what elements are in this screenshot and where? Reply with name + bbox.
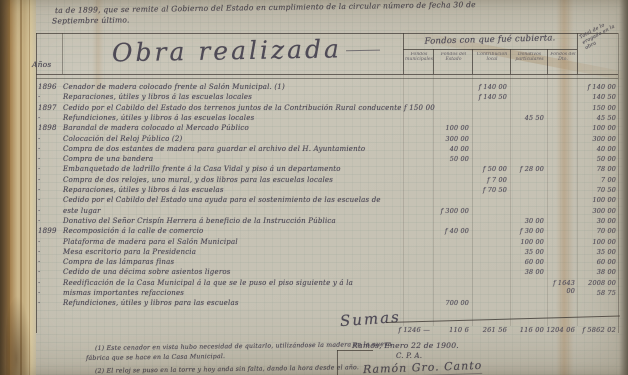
amount-cell: f 40 00	[430, 227, 469, 235]
amount-cell: 58 75	[577, 289, 616, 297]
amount-cell: 78 00	[577, 165, 616, 173]
totals-row: f 1246 —110 6261 56116 001204 06f 5862 0…	[0, 326, 628, 336]
year-label: ·	[38, 207, 60, 215]
amount-cell: 70 50	[577, 186, 616, 194]
amount-cell: 30 00	[577, 217, 616, 225]
ledger-row: ·Reparaciones, útiles y libros á las esc…	[0, 93, 628, 103]
place-date: Ramos, Enero 22 de 1900.	[352, 341, 459, 350]
amount-cell: 100 00	[577, 196, 616, 204]
subcolumn-header: Fondos del Dto.	[548, 52, 578, 75]
entry-description: Cedido por el Cabildo del Estado una ayu…	[63, 196, 381, 204]
amount-cell: 38 00	[507, 268, 544, 276]
ledger-row: ·Refundiciones, útiles y libros á las es…	[0, 114, 628, 124]
entry-description: Refundiciones, útiles y libros para las …	[63, 299, 239, 307]
signature: Ramón Gro. Canto	[363, 359, 483, 375]
amount-cell: 50 00	[577, 155, 616, 163]
ledger-row: ·Compra de las lámparas finas60 0060 00	[0, 258, 628, 268]
amount-cell: 100 00	[507, 238, 544, 246]
amount-cell: 40 00	[430, 145, 469, 153]
amount-cell: f 30 00	[507, 227, 544, 235]
entry-description: Cedido de una décima sobre asientos lige…	[63, 268, 231, 276]
year-label: ·	[38, 93, 60, 101]
amount-cell: 70 00	[577, 227, 616, 235]
amount-cell: f 140 50	[469, 93, 507, 101]
total-amount-cell: f 5862 02	[577, 326, 616, 334]
entry-description: Mesa escritorio para la Presidencia	[63, 248, 196, 256]
entry-description: este lugar	[63, 207, 101, 215]
year-label: 1898	[38, 124, 60, 132]
entry-description: Reparaciones, útiles y libros á las escu…	[63, 93, 252, 101]
amount-cell: 100 00	[577, 124, 616, 132]
entry-description: Cedido por el Cabildo del Estado dos ter…	[63, 104, 435, 112]
entry-description: Compra de una bandera	[63, 155, 153, 163]
amount-cell: 35 00	[507, 248, 544, 256]
ledger-row: ·mismas importantes refacciones58 75	[0, 289, 628, 299]
top-note-line2: Septiembre último.	[52, 15, 130, 25]
year-label: ·	[38, 248, 60, 256]
year-label: ·	[38, 165, 60, 173]
footnote-1-cont: fábrica que se hace en la Casa Municipal…	[86, 353, 225, 362]
amount-cell: f 50 00	[469, 165, 507, 173]
amount-cell: 700 00	[430, 299, 469, 307]
ledger-row: ·Refundiciones, útiles y libros para las…	[0, 299, 628, 309]
year-label: 1899	[38, 227, 60, 235]
year-label: ·	[38, 155, 60, 163]
year-label: ·	[38, 289, 60, 297]
year-label: ·	[38, 114, 60, 122]
entry-description: Compra de dos estantes de madera para gu…	[63, 145, 365, 153]
year-label: ·	[38, 238, 60, 246]
amount-cell: 35 00	[577, 248, 616, 256]
entry-description: Compra de las lámparas finas	[63, 258, 174, 266]
subcolumn-header: Fondos del Estado	[434, 52, 473, 75]
entry-description: Compra de dos relojes, uno mural, y dos …	[63, 176, 333, 184]
fondos-subheader-rule	[403, 49, 577, 50]
subcolumn-header: Donativos particulares	[511, 52, 548, 75]
next-section-rule	[337, 350, 373, 351]
year-label: ·	[38, 176, 60, 184]
year-label: 1897	[38, 104, 60, 112]
entry-description: Reedificación de la Casa Municipal á la …	[63, 279, 353, 287]
year-label: ·	[38, 279, 60, 287]
amount-cell: f 300 00	[430, 207, 469, 215]
amount-cell: f 7 00	[469, 176, 507, 184]
year-label: ·	[38, 196, 60, 204]
subcolumn-header: Contribución local	[473, 52, 511, 75]
amount-cell: 60 00	[577, 258, 616, 266]
entry-description: Donativo del Señor Crispín Herrera á ben…	[63, 217, 336, 225]
ledger-row: ·este lugarf 300 00300 00	[0, 207, 628, 217]
ledger-row: ·Cedido de una décima sobre asientos lig…	[0, 268, 628, 278]
footnote-2: (2) El reloj se puso en la torre y hoy a…	[95, 364, 359, 375]
entry-description: Colocación del Reloj Público (2)	[63, 135, 182, 143]
amount-cell: 140 50	[577, 93, 616, 101]
title-flourish	[346, 50, 380, 52]
ledger-page-photo: ta de 1899, que se remite al Gobierno de…	[0, 0, 628, 375]
amount-cell: 45 50	[577, 114, 616, 122]
header-bottom-rule-2	[36, 78, 618, 79]
year-label: ·	[38, 135, 60, 143]
top-note-line1: ta de 1899, que se remite al Gobierno de…	[55, 0, 476, 15]
year-label: ·	[38, 258, 60, 266]
amount-cell: 2008 00	[577, 279, 616, 287]
year-label: ·	[38, 299, 60, 307]
total-amount-cell: 1204 06	[544, 326, 575, 334]
ledger-row: 1897Cedido por el Cabildo del Estado dos…	[0, 104, 628, 114]
entry-description: Embanquetado de ladrillo frente á la Cas…	[63, 165, 341, 173]
entry-description: Plataforma de madera para el Salón Munic…	[63, 238, 238, 246]
ledger-row: ·Embanquetado de ladrillo frente á la Ca…	[0, 165, 628, 175]
ledger-row: ·Cedido por el Cabildo del Estado una ay…	[0, 196, 628, 206]
entry-description: Refundiciones, útiles y libros á las esc…	[63, 114, 254, 122]
subcolumn-header: Fondos municipales	[404, 52, 434, 75]
total-amount-cell: f 1246 —	[396, 326, 430, 334]
year-label: ·	[38, 186, 60, 194]
total-amount-cell: 110 6	[430, 326, 469, 334]
entry-description: Reparaciones, útiles y libros á las escu…	[63, 186, 224, 194]
entry-description: Barandal de madera colocado al Mercado P…	[63, 124, 249, 132]
ledger-row: 1899Recomposición á la calle de comercio…	[0, 227, 628, 237]
amount-cell: 60 00	[507, 258, 544, 266]
amount-cell: 150 00	[577, 104, 616, 112]
amount-cell: f 70 50	[469, 186, 507, 194]
amount-cell: 50 00	[430, 155, 469, 163]
anos-column-label: Años	[32, 60, 51, 69]
amount-cell: 7 00	[577, 176, 616, 184]
ledger-row: ·Reedificación de la Casa Municipal á la…	[0, 279, 628, 289]
year-label: 1896	[38, 83, 60, 91]
ledger-row: 1896Cenador de madera colocado frente al…	[0, 83, 628, 93]
clerk-initials: C. P. A.	[396, 352, 422, 360]
amount-cell: 100 00	[577, 238, 616, 246]
total-amount-cell: 116 00	[507, 326, 544, 334]
ledger-row: ·Compra de una bandera50 0050 00	[0, 155, 628, 165]
entry-description: mismas importantes refacciones	[63, 289, 184, 297]
ledger-row: ·Mesa escritorio para la Presidencia35 0…	[0, 248, 628, 258]
amount-cell: 30 00	[507, 217, 544, 225]
anos-column-rule	[62, 33, 63, 74]
amount-cell: f 28 00	[507, 165, 544, 173]
ledger-row: ·Colocación del Reloj Público (2)300 003…	[0, 135, 628, 145]
totals-rule	[386, 315, 620, 323]
year-label: ·	[38, 217, 60, 225]
ledger-row: 1898Barandal de madera colocado al Merca…	[0, 124, 628, 134]
amount-cell: f 140 00	[577, 83, 616, 91]
entry-description: Cenador de madera colocado frente al Sal…	[63, 83, 285, 91]
year-label: ·	[38, 268, 60, 276]
table-title: Obra realizada	[112, 34, 380, 68]
next-section-rule	[337, 350, 338, 375]
ledger-row: ·Plataforma de madera para el Salón Muni…	[0, 238, 628, 248]
amount-cell: 300 00	[577, 207, 616, 215]
amount-cell: 300 00	[430, 135, 469, 143]
ledger-row: ·Compra de dos relojes, uno mural, y dos…	[0, 176, 628, 186]
amount-cell: 38 00	[577, 268, 616, 276]
amount-cell: 40 00	[577, 145, 616, 153]
amount-cell: f 140 00	[469, 83, 507, 91]
ledger-row: ·Compra de dos estantes de madera para g…	[0, 145, 628, 155]
amount-cell: 45 50	[507, 114, 544, 122]
total-amount-cell: 261 56	[469, 326, 507, 334]
ledger-row: ·Donativo del Señor Crispín Herrera á be…	[0, 217, 628, 227]
entry-description: Recomposición á la calle de comercio	[63, 227, 203, 235]
amount-cell: 300 00	[577, 135, 616, 143]
ledger-row: ·Reparaciones, útiles y libros á las esc…	[0, 186, 628, 196]
amount-cell: 100 00	[430, 124, 469, 132]
year-label: ·	[38, 145, 60, 153]
